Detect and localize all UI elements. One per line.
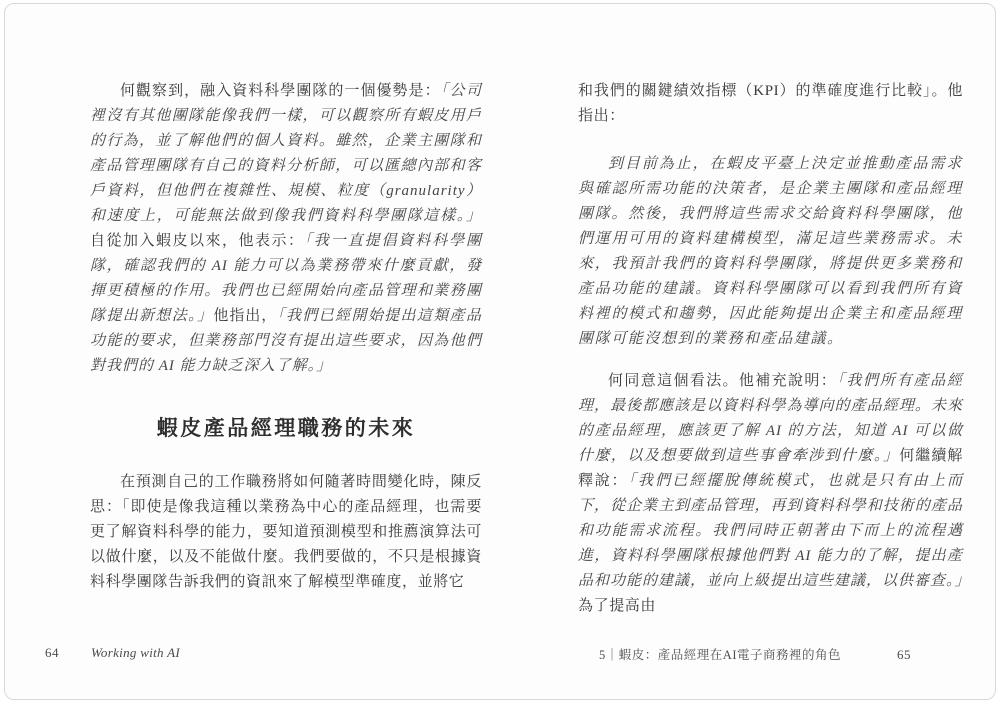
section-heading: 蝦皮產品經理職務的未來 (90, 412, 482, 442)
interview-quote-text: 「我們已經擺脫傳統模式，也就是只有由上而下，從企業主到產品管理，再到資料科學和技… (578, 473, 971, 589)
body-paragraph: 何同意這個看法。他補充說明：「我們所有產品經理，最後都應該是以資料科學為導向的產… (578, 369, 963, 619)
narration-text: 和我們的關鍵績效指標（KPI）的準確度進行比較」。他指出： (578, 83, 963, 124)
chapter-running-title: 5｜蝦皮：產品經理在AI電子商務裡的角色 (599, 645, 841, 663)
narration-text: 何觀察到，融入資料科學團隊的一個優勢是： (120, 83, 441, 99)
book-spread-scan: { "left_page": { "blocks": [ { "type": "… (0, 0, 1000, 706)
interview-quote-text: 到目前為止，在蝦皮平臺上決定並推動產品需求與確認所需功能的決策者，是企業主團隊和… (578, 156, 963, 347)
interview-quote-text: 「公司裡沒有其他團隊能像我們一樣，可以觀察所有蝦皮用戶的行為，並了解他們的個人資… (90, 83, 482, 224)
narration-text: 為了提高由 (578, 598, 656, 614)
body-paragraph: 在預測自己的工作職務將如何隨著時間變化時，陳反思：「即使是像我這種以業務為中心的… (90, 470, 482, 595)
left-page-text-column: 何觀察到，融入資料科學團隊的一個優勢是：「公司裡沒有其他團隊能像我們一樣，可以觀… (90, 79, 482, 595)
body-paragraph: 何觀察到，融入資料科學團隊的一個優勢是：「公司裡沒有其他團隊能像我們一樣，可以觀… (90, 79, 482, 379)
scanned-book-page: 何觀察到，融入資料科學團隊的一個優勢是：「公司裡沒有其他團隊能像我們一樣，可以觀… (4, 3, 996, 700)
left-page-number: 64 (45, 645, 59, 661)
narration-text: 自從加入蝦皮以來，他表示： (90, 233, 305, 249)
book-running-title: Working with AI (91, 645, 180, 661)
block-quote: 到目前為止，在蝦皮平臺上決定並推動產品需求與確認所需功能的決策者，是企業主團隊和… (578, 152, 963, 352)
right-page-number: 65 (897, 647, 911, 663)
narration-text: 他指出， (213, 308, 277, 324)
left-page-footer: 64 Working with AI (45, 645, 180, 661)
right-page-footer: 5｜蝦皮：產品經理在AI電子商務裡的角色 65 (599, 645, 911, 663)
right-page-text-column: 和我們的關鍵績效指標（KPI）的準確度進行比較」。他指出：到目前為止，在蝦皮平臺… (578, 79, 963, 619)
narration-text: 何同意這個看法。他補充說明： (608, 373, 837, 389)
narration-text: 在預測自己的工作職務將如何隨著時間變化時，陳反思：「即使是像我這種以業務為中心的… (90, 474, 482, 590)
body-paragraph: 和我們的關鍵績效指標（KPI）的準確度進行比較」。他指出： (578, 79, 963, 129)
